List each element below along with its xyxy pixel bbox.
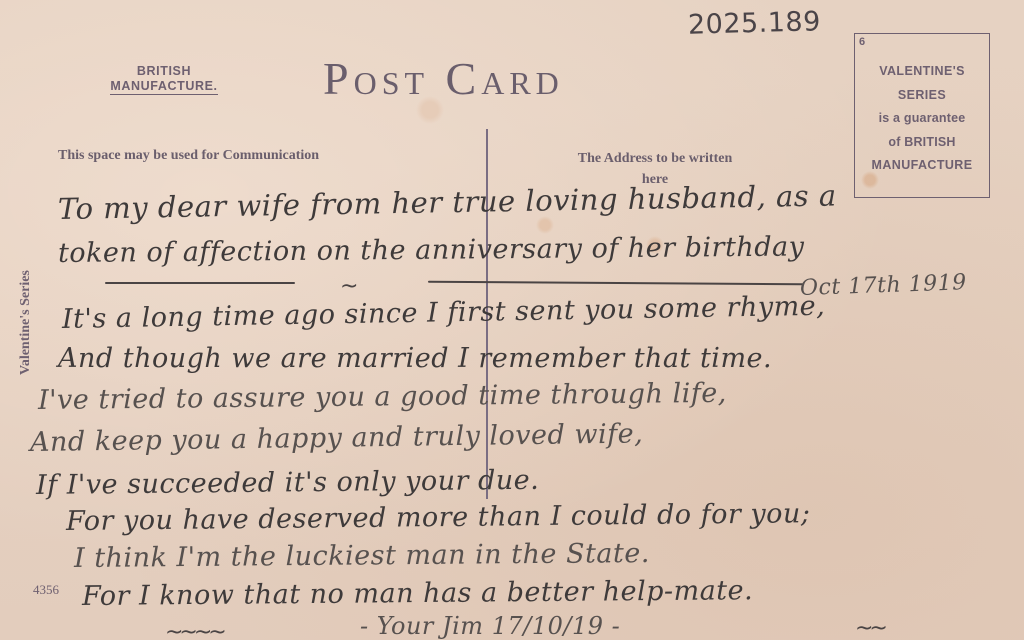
stamp-line: is a guarantee [855, 107, 989, 131]
squiggle-mark: ~~ [855, 616, 884, 640]
stamp-line: of BRITISH [855, 131, 989, 155]
stamp-box-number: 6 [859, 36, 865, 48]
dedication-line-2: token of affection on the anniversary of… [58, 231, 805, 269]
stamp-box-text: VALENTINE'S SERIES is a guarantee of BRI… [855, 60, 989, 178]
stamp-line: SERIES [855, 84, 989, 108]
maker-line-1: BRITISH [84, 64, 244, 79]
vertical-series-label: Valentine's Series [18, 270, 34, 375]
address-label-line-1: The Address to be written [540, 148, 770, 169]
poem-line: For I know that no man has a better help… [82, 575, 753, 612]
poem-line: And keep you a happy and truly loved wif… [30, 418, 644, 458]
squiggle-mark: ~~~~ [165, 620, 223, 640]
postcard-back: 2025.189 BRITISH MANUFACTURE. Post Card … [0, 0, 1024, 640]
archive-number: 2025.189 [688, 6, 822, 40]
communication-label: This space may be used for Communication [58, 148, 319, 164]
squiggle-mark: ~ [340, 274, 358, 299]
underline [428, 281, 803, 285]
underline [105, 282, 295, 284]
stamp-line: MANUFACTURE [855, 154, 989, 178]
maker-line-2: MANUFACTURE. [110, 79, 217, 95]
dedication-line-1: To my dear wife from her true loving hus… [58, 178, 837, 226]
signature: - Your Jim 17/10/19 - [360, 612, 620, 640]
poem-line: I think I'm the luckiest man in the Stat… [74, 538, 650, 574]
british-manufacture-label: BRITISH MANUFACTURE. [84, 64, 244, 94]
catalog-number: 4356 [33, 582, 59, 598]
stamp-line: VALENTINE'S [855, 60, 989, 84]
postcard-title: Post Card [323, 52, 564, 105]
poem-line: If I've succeeded it's only your due. [36, 465, 540, 501]
poem-line: And though we are married I remember tha… [58, 343, 772, 374]
stamp-box: 6 VALENTINE'S SERIES is a guarantee of B… [854, 33, 990, 198]
poem-line: For you have deserved more than I could … [66, 498, 811, 537]
poem-line: I've tried to assure you a good time thr… [38, 378, 727, 416]
poem-line: It's a long time ago since I first sent … [62, 291, 826, 335]
